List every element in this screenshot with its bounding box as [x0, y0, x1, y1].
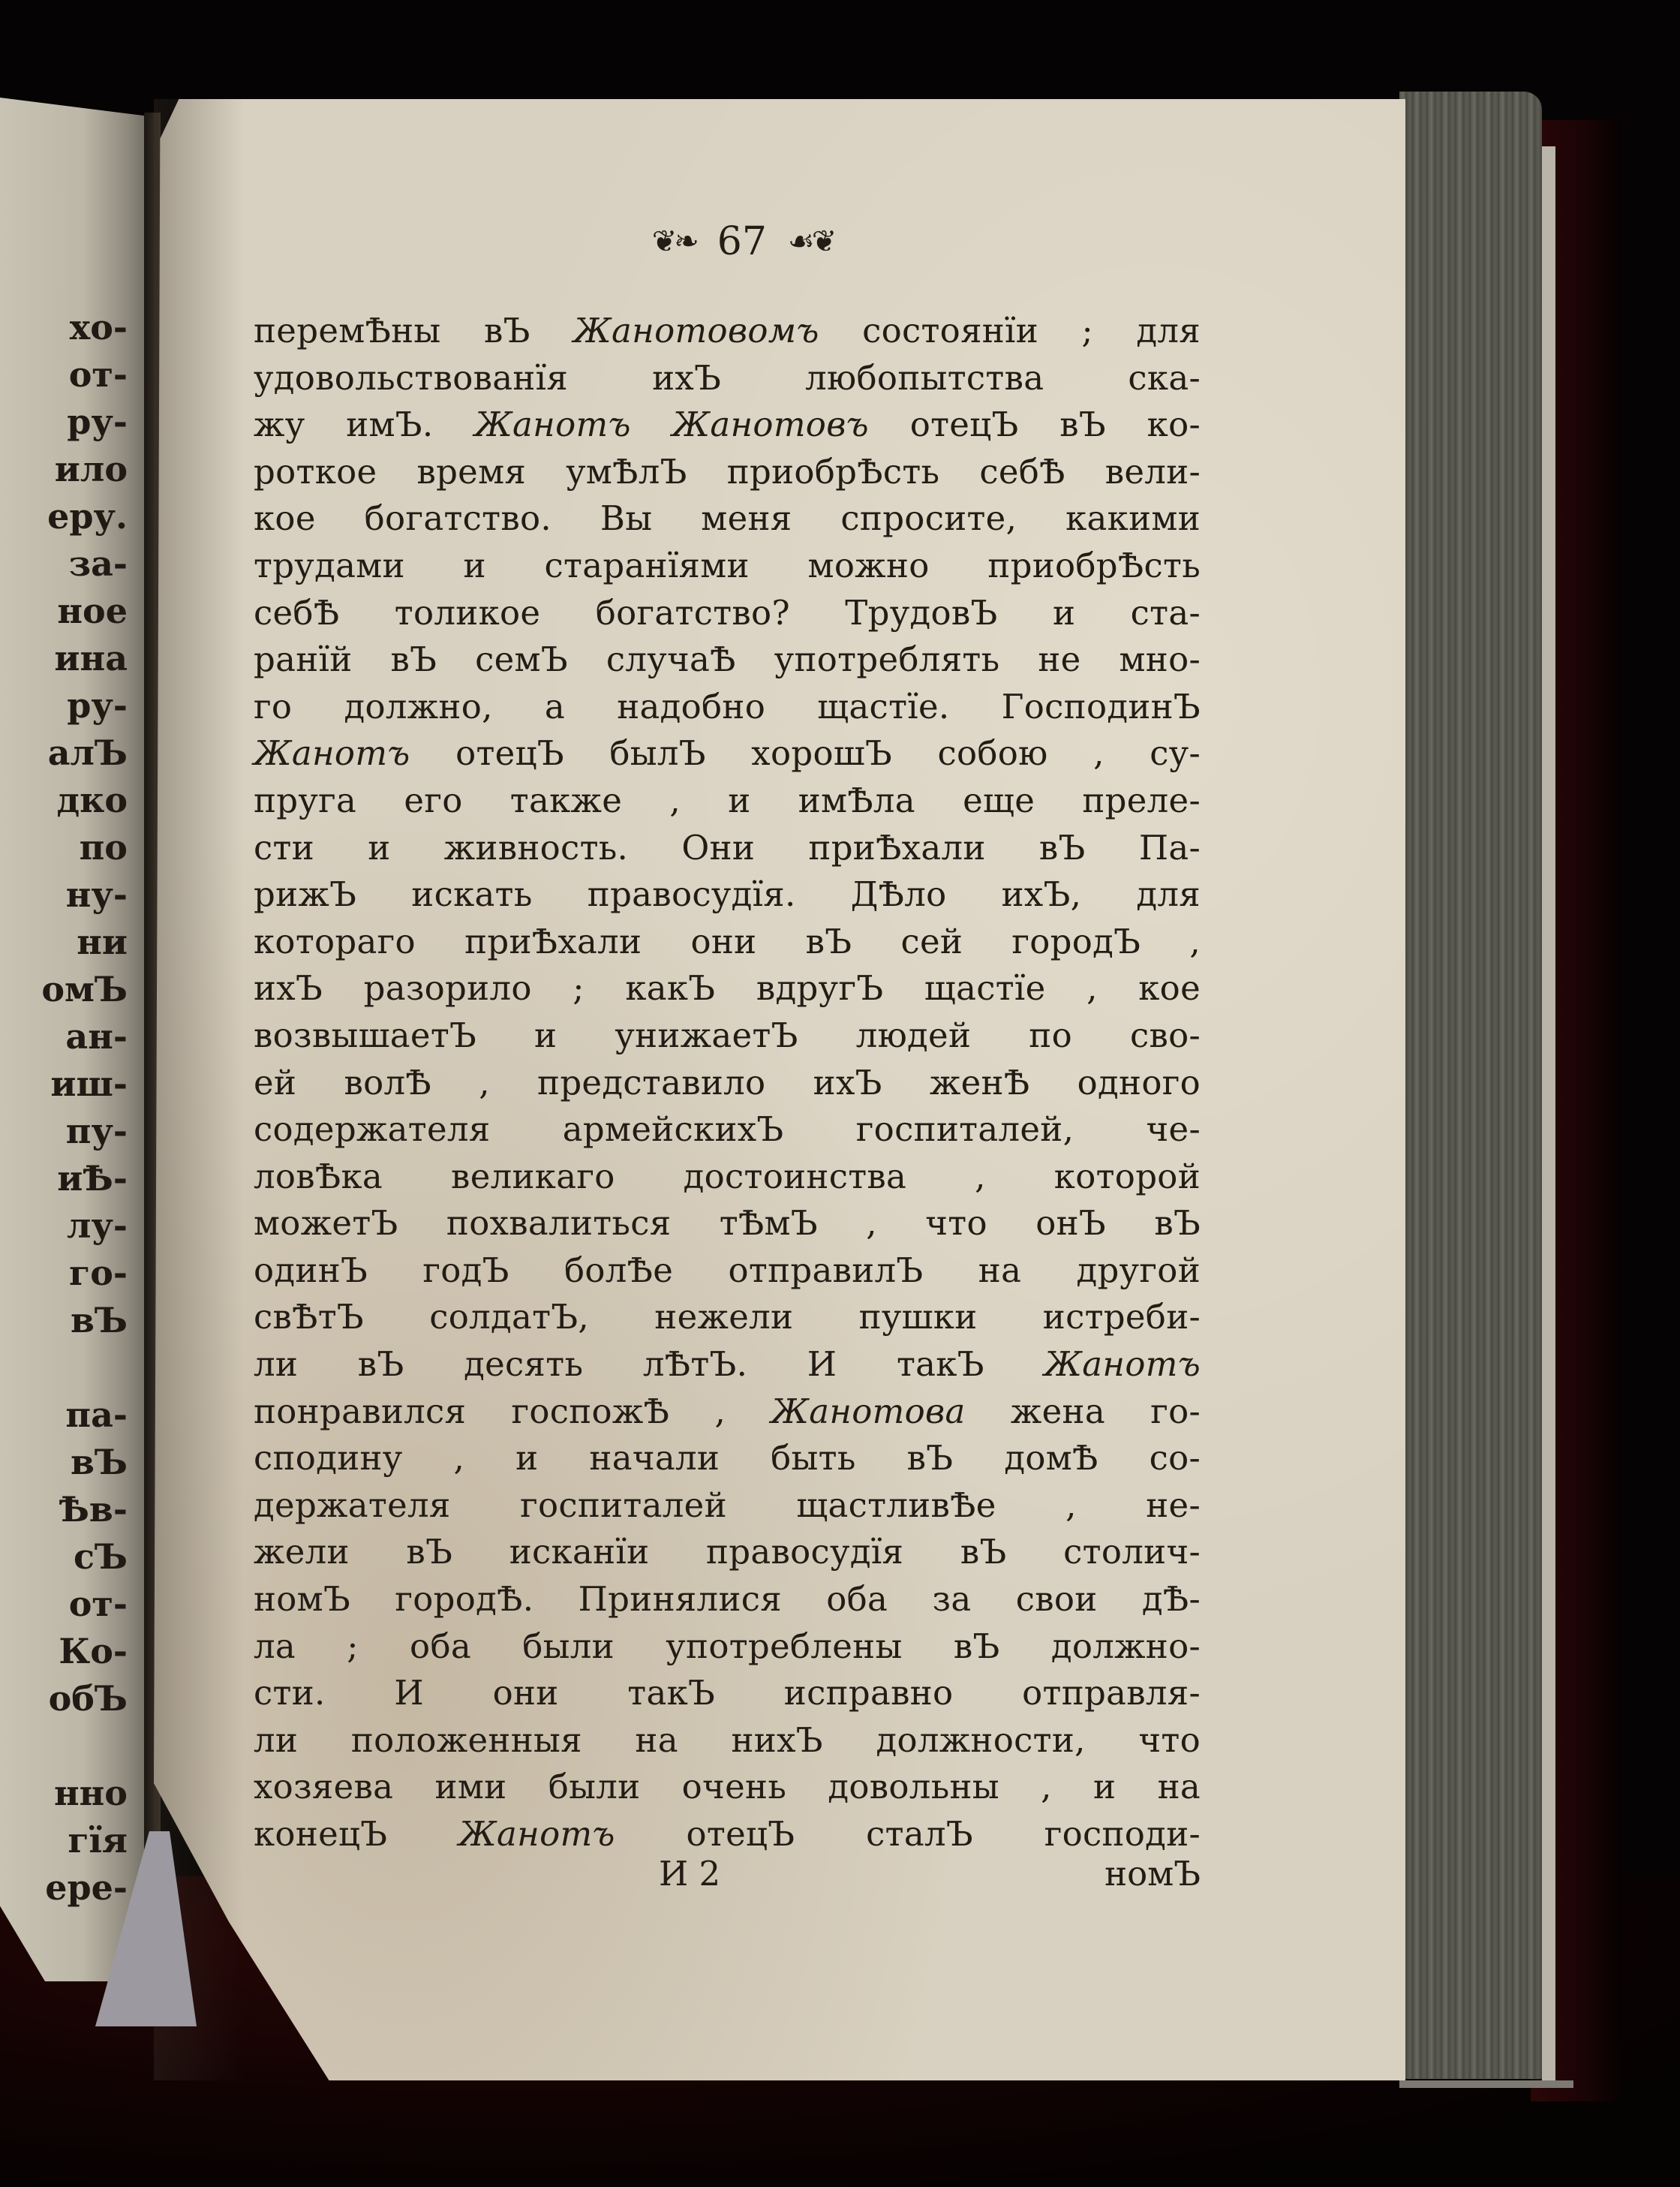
text-run: конецЪ: [254, 1814, 458, 1854]
text-run: сти. И они такЪ исправно отправля-: [254, 1673, 1201, 1713]
left-page-fragment: за-: [0, 540, 128, 588]
left-page-fragment: Ѣв-: [0, 1486, 128, 1533]
text-line: кое богатство. Вы меня спросите, какими: [254, 495, 1201, 543]
text-run: ловѢка великаго достоинства , которой: [254, 1157, 1201, 1196]
left-page-text-fragments: хо-от-ру-илоеру.за-ноеинару-алЪдкопону-н…: [0, 304, 128, 1912]
text-line: ранїй вЪ семЪ случаѢ употреблять не мно-: [254, 636, 1201, 684]
running-head: ❦❧ 67 ☙❦: [608, 212, 878, 272]
text-run: ли положенныя на нихЪ должности, что: [254, 1720, 1201, 1760]
left-page-fragment: [0, 1344, 128, 1391]
left-page-fragment: еру.: [0, 493, 128, 540]
cover-board-edge: [1399, 2080, 1573, 2088]
text-run: ихЪ разорило ; какЪ вдругЪ щастїе , кое: [254, 968, 1201, 1008]
text-run: котораго приѢхали они вЪ сей городЪ ,: [254, 922, 1201, 961]
text-line: держателя госпиталей щастливѢе , не-: [254, 1482, 1201, 1530]
text-run: сти и живность. Они приѢхали вЪ Па-: [254, 828, 1201, 868]
left-page-fragment: обЪ: [0, 1675, 128, 1722]
text-line: рижЪ искать правосудїя. ДѢло ихЪ, для: [254, 871, 1201, 919]
text-line: себѢ толикое богатство? ТрудовЪ и ста-: [254, 590, 1201, 637]
text-line: номЪ городѢ. Принялися оба за свои дѢ-: [254, 1576, 1201, 1623]
left-page-fragment: го-: [0, 1250, 128, 1297]
text-run: жена го-: [966, 1391, 1201, 1431]
text-run: возвышаетЪ и унижаетЪ людей по сво-: [254, 1015, 1201, 1055]
page-footer: И 2 номЪ: [254, 1854, 1201, 1902]
text-line: ихЪ разорило ; какЪ вдругЪ щастїе , кое: [254, 965, 1201, 1012]
left-page-fragment: вЪ: [0, 1439, 128, 1486]
text-run: сподину , и начали быть вЪ домѢ со-: [254, 1438, 1201, 1478]
left-page-fragment: ило: [0, 446, 128, 493]
text-run: го должно, а надобно щастїе. ГосподинЪ: [254, 687, 1201, 726]
italic-name: Жанотова: [771, 1391, 965, 1431]
text-line: ловѢка великаго достоинства , которой: [254, 1154, 1201, 1201]
text-line: роткое время умѢлЪ приобрѢсть себѢ вели-: [254, 449, 1201, 496]
text-run: свѢтЪ солдатЪ, нежели пушки истреби-: [254, 1297, 1201, 1337]
left-page-fragment: ру-: [0, 399, 128, 446]
text-run: отецЪ былЪ хорошЪ собою , су-: [410, 733, 1201, 773]
text-line: можетЪ похвалиться тѢмЪ , что онЪ вЪ: [254, 1200, 1201, 1247]
text-line: трудами и старанїями можно приобрѢсть: [254, 543, 1201, 590]
text-line: жели вЪ исканїи правосудїя вЪ столич-: [254, 1529, 1201, 1576]
left-page-fragment: гїя: [0, 1817, 128, 1864]
italic-name: Жанотъ: [1044, 1344, 1201, 1384]
text-run: жу имЪ.: [254, 405, 474, 444]
left-page-fragment: ан-: [0, 1013, 128, 1060]
text-run: ей волѢ , представило ихЪ женѢ одного: [254, 1063, 1201, 1103]
left-page-fragment: ере-: [0, 1864, 128, 1912]
text-line: го должно, а надобно щастїе. ГосподинЪ: [254, 684, 1201, 731]
left-page-fragment: пу-: [0, 1108, 128, 1155]
text-run: ранїй вЪ семЪ случаѢ употреблять не мно-: [254, 639, 1201, 679]
left-page-fragment: алЪ: [0, 730, 128, 777]
fleuron-ornament-right-icon: ☙❦: [788, 224, 834, 259]
left-page-fragment: хо-: [0, 304, 128, 351]
text-line: котораго приѢхали они вЪ сей городЪ ,: [254, 919, 1201, 966]
text-line: сти и живность. Они приѢхали вЪ Па-: [254, 825, 1201, 872]
text-line: ли вЪ десять лѢтЪ. И такЪ Жанотъ: [254, 1341, 1201, 1388]
left-page-fragment: ни: [0, 919, 128, 966]
left-page-fragment: омЪ: [0, 966, 128, 1013]
text-line: содержателя армейскихЪ госпиталей, че-: [254, 1106, 1201, 1154]
left-page-fragment: ну-: [0, 871, 128, 919]
text-line: сти. И они такЪ исправно отправля-: [254, 1670, 1201, 1717]
text-run: роткое время умѢлЪ приобрѢсть себѢ вели-: [254, 452, 1201, 492]
text-run: трудами и старанїями можно приобрѢсть: [254, 546, 1201, 585]
left-page-fragment: Ко-: [0, 1628, 128, 1675]
text-line: ли положенныя на нихЪ должности, что: [254, 1717, 1201, 1764]
left-page-fragment: по: [0, 824, 128, 871]
text-line: сподину , и начали быть вЪ домѢ со-: [254, 1435, 1201, 1482]
left-page-fragment: иѢ-: [0, 1155, 128, 1202]
left-page-fragment: дко: [0, 777, 128, 824]
text-run: пруга его также , и имѢла еще преле-: [254, 781, 1201, 820]
text-run: можетЪ похвалиться тѢмЪ , что онЪ вЪ: [254, 1203, 1201, 1243]
left-page-fragment: па-: [0, 1391, 128, 1439]
text-line: перемѢны вЪ Жанотовомъ состоянїи ; для: [254, 308, 1201, 355]
page-fore-edge-highlight: [1542, 146, 1555, 2083]
body-text: перемѢны вЪ Жанотовомъ состоянїи ; дляуд…: [254, 308, 1201, 1858]
text-run: ли вЪ десять лѢтЪ. И такЪ: [254, 1344, 1044, 1384]
left-page-fragment: ное: [0, 588, 128, 635]
page-number: 67: [717, 219, 767, 264]
text-line: жу имЪ. Жанотъ Жанотовъ отецЪ вЪ ко-: [254, 402, 1201, 449]
left-page-fragment: вЪ: [0, 1297, 128, 1344]
text-line: хозяева ими были очень довольны , и на: [254, 1764, 1201, 1811]
signature-mark: И 2: [659, 1854, 720, 1894]
text-run: держателя госпиталей щастливѢе , не-: [254, 1485, 1201, 1525]
left-page-fragment: ру-: [0, 682, 128, 730]
text-line: удовольствованїя ихЪ любопытства ска-: [254, 355, 1201, 402]
text-line: свѢтЪ солдатЪ, нежели пушки истреби-: [254, 1294, 1201, 1341]
text-run: ла ; оба были употреблены вЪ должно-: [254, 1626, 1201, 1666]
text-run: состоянїи ; для: [819, 311, 1201, 350]
text-line: понравился госпожѢ , Жанотова жена го-: [254, 1388, 1201, 1436]
text-run: хозяева ими были очень довольны , и на: [254, 1767, 1201, 1806]
left-page-fragment: [0, 1722, 128, 1770]
text-run: отецЪ вЪ ко-: [869, 405, 1201, 444]
left-page-fragment: от-: [0, 351, 128, 399]
fleuron-ornament-left-icon: ❦❧: [652, 224, 696, 259]
left-page-fragment: ина: [0, 635, 128, 682]
text-run: отецЪ сталЪ господи-: [615, 1814, 1201, 1854]
text-line: Жанотъ отецЪ былЪ хорошЪ собою , су-: [254, 730, 1201, 778]
gutter-shadow: [154, 99, 244, 2080]
page-fore-edge: [1399, 92, 1542, 2079]
text-line: возвышаетЪ и унижаетЪ людей по сво-: [254, 1012, 1201, 1060]
catchword: номЪ: [1104, 1854, 1201, 1894]
text-run: номЪ городѢ. Принялися оба за свои дѢ-: [254, 1579, 1201, 1619]
italic-name: Жанотовомъ: [573, 311, 819, 350]
text-run: одинЪ годЪ болѢе отправилЪ на другой: [254, 1250, 1201, 1290]
italic-name: Жанотъ: [458, 1814, 615, 1854]
left-page-fragment: лу-: [0, 1202, 128, 1250]
text-run: перемѢны вЪ: [254, 311, 573, 350]
left-page-fragment: сЪ: [0, 1533, 128, 1581]
left-page-fragment: от-: [0, 1581, 128, 1628]
italic-name: Жанотъ Жанотовъ: [474, 405, 869, 444]
text-line: конецЪ Жанотъ отецЪ сталЪ господи-: [254, 1811, 1201, 1858]
italic-name: Жанотъ: [254, 733, 410, 773]
text-line: ей волѢ , представило ихЪ женѢ одного: [254, 1060, 1201, 1107]
text-run: кое богатство. Вы меня спросите, какими: [254, 498, 1201, 538]
text-run: рижЪ искать правосудїя. ДѢло ихЪ, для: [254, 874, 1201, 914]
text-run: содержателя армейскихЪ госпиталей, че-: [254, 1109, 1201, 1149]
text-run: понравился госпожѢ ,: [254, 1391, 771, 1431]
left-page-fragment: нно: [0, 1770, 128, 1817]
left-page-fragment: иш-: [0, 1060, 128, 1108]
text-run: себѢ толикое богатство? ТрудовЪ и ста-: [254, 593, 1201, 633]
text-run: жели вЪ исканїи правосудїя вЪ столич-: [254, 1532, 1201, 1572]
text-run: удовольствованїя ихЪ любопытства ска-: [254, 358, 1201, 398]
text-line: ла ; оба были употреблены вЪ должно-: [254, 1623, 1201, 1671]
text-line: одинЪ годЪ болѢе отправилЪ на другой: [254, 1247, 1201, 1295]
text-line: пруга его также , и имѢла еще преле-: [254, 778, 1201, 825]
